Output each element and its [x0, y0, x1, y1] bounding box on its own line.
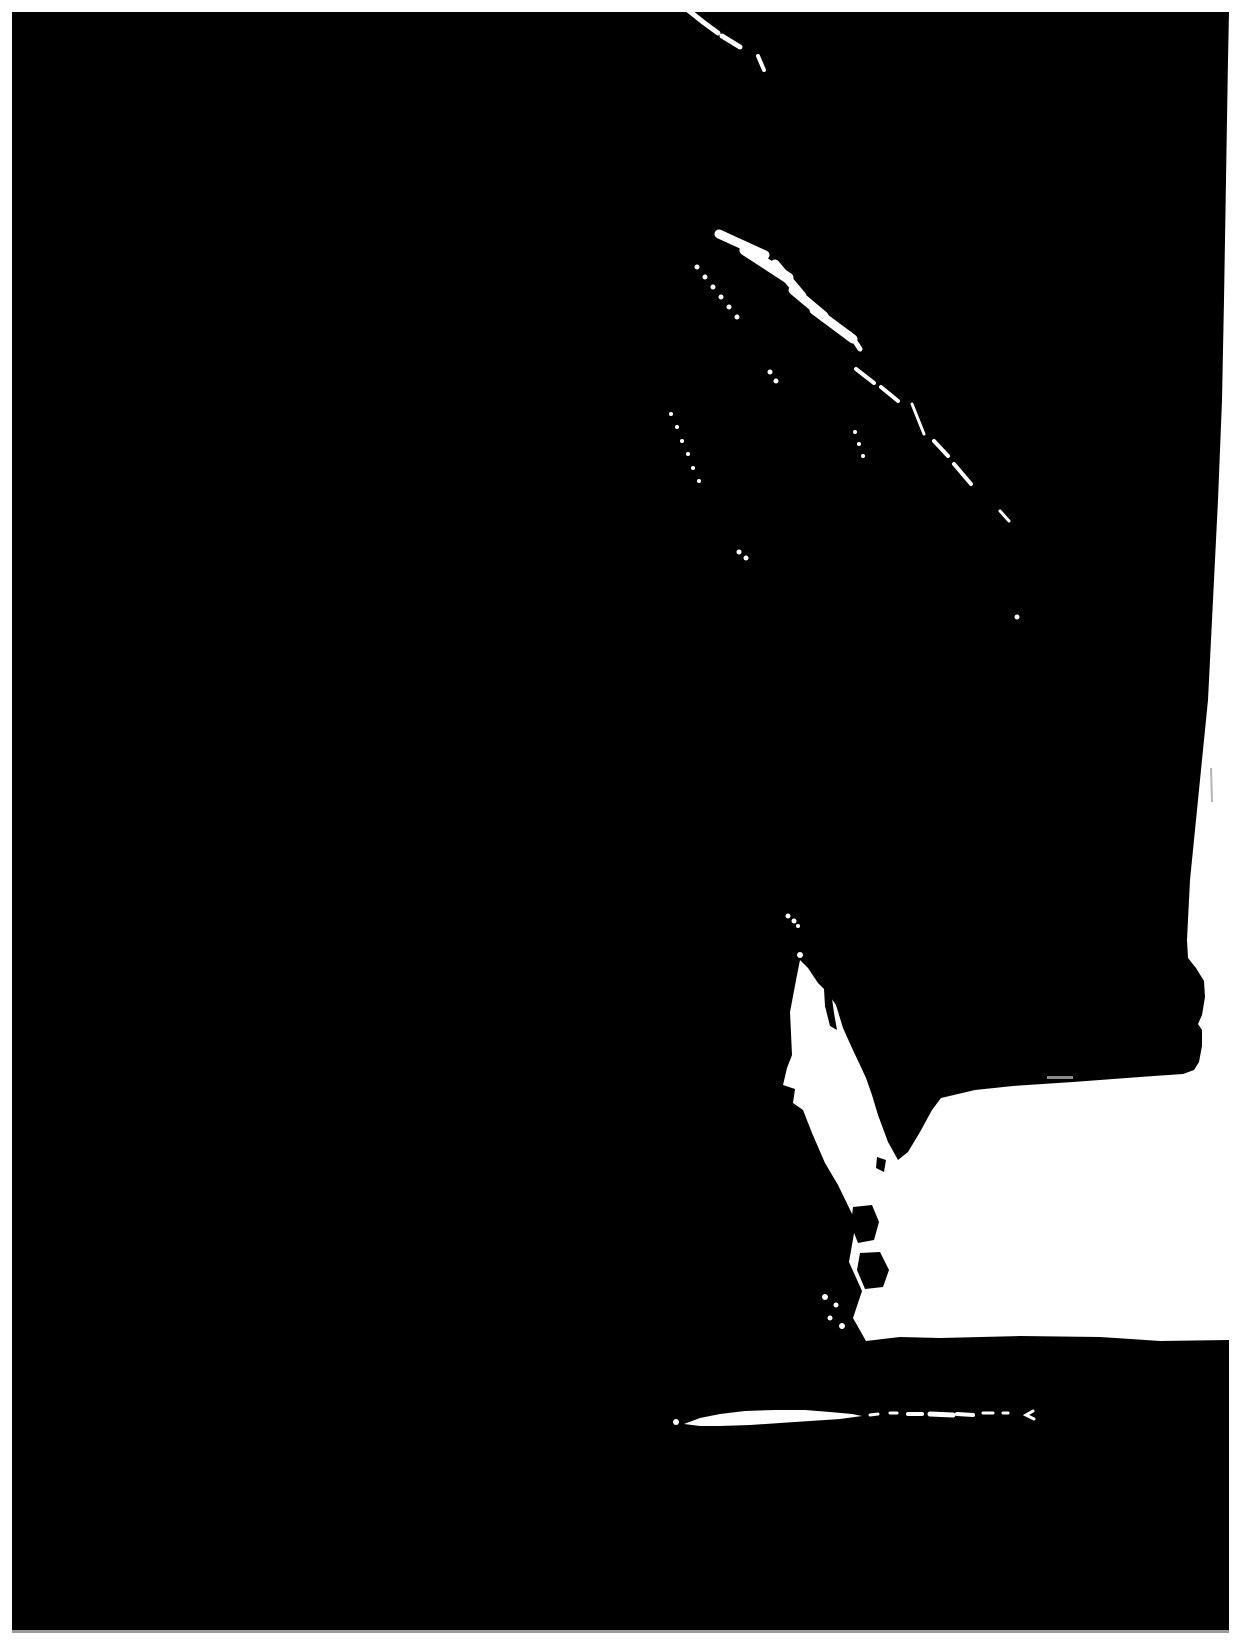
highlight-dot-25 [822, 1294, 828, 1300]
highlight-dot-8 [675, 425, 679, 429]
highlight-dot-23 [796, 924, 800, 928]
highlight-dot-27 [828, 1316, 833, 1321]
highlight-dot-20 [1015, 615, 1020, 620]
highlight-dot-7 [669, 412, 673, 416]
highlight-dot-26 [834, 1303, 839, 1308]
highlight-dot-29 [673, 1419, 679, 1425]
highlight-dot-2 [703, 275, 708, 280]
binarized-photo-figure [0, 0, 1240, 1647]
highlight-dot-3 [711, 285, 716, 290]
highlight-dot-9 [680, 439, 684, 443]
highlight-dot-6 [735, 315, 740, 320]
highlight-dot-18 [768, 370, 773, 375]
highlight-dot-15 [853, 430, 857, 434]
highlight-dot-4 [719, 295, 724, 300]
edge-fleck [1047, 1076, 1073, 1079]
highlight-dot-16 [857, 442, 861, 446]
highlight-dot-10 [686, 452, 690, 456]
highlight-dot-21 [786, 914, 791, 919]
bottom-dash-1 [870, 1414, 878, 1415]
highlight-dot-5 [727, 305, 732, 310]
highlight-dot-11 [691, 466, 695, 470]
highlight-dot-13 [737, 550, 742, 555]
highlight-dot-28 [839, 1323, 845, 1329]
highlight-dot-17 [861, 454, 865, 458]
highlight-dot-1 [695, 265, 700, 270]
highlight-dot-24 [797, 952, 803, 958]
highlight-dot-12 [697, 479, 701, 483]
scanned-page [0, 0, 1240, 1647]
highlight-dot-14 [744, 556, 749, 561]
scan-line-bottom-edge [12, 1630, 1229, 1633]
highlight-dot-19 [774, 379, 779, 384]
bottom-dash-4 [930, 1414, 953, 1415]
photo-black-field [12, 12, 1229, 1633]
scan-mark-right-strip [1211, 768, 1212, 802]
bottom-dash-5 [957, 1414, 973, 1415]
highlight-dot-22 [792, 919, 797, 924]
